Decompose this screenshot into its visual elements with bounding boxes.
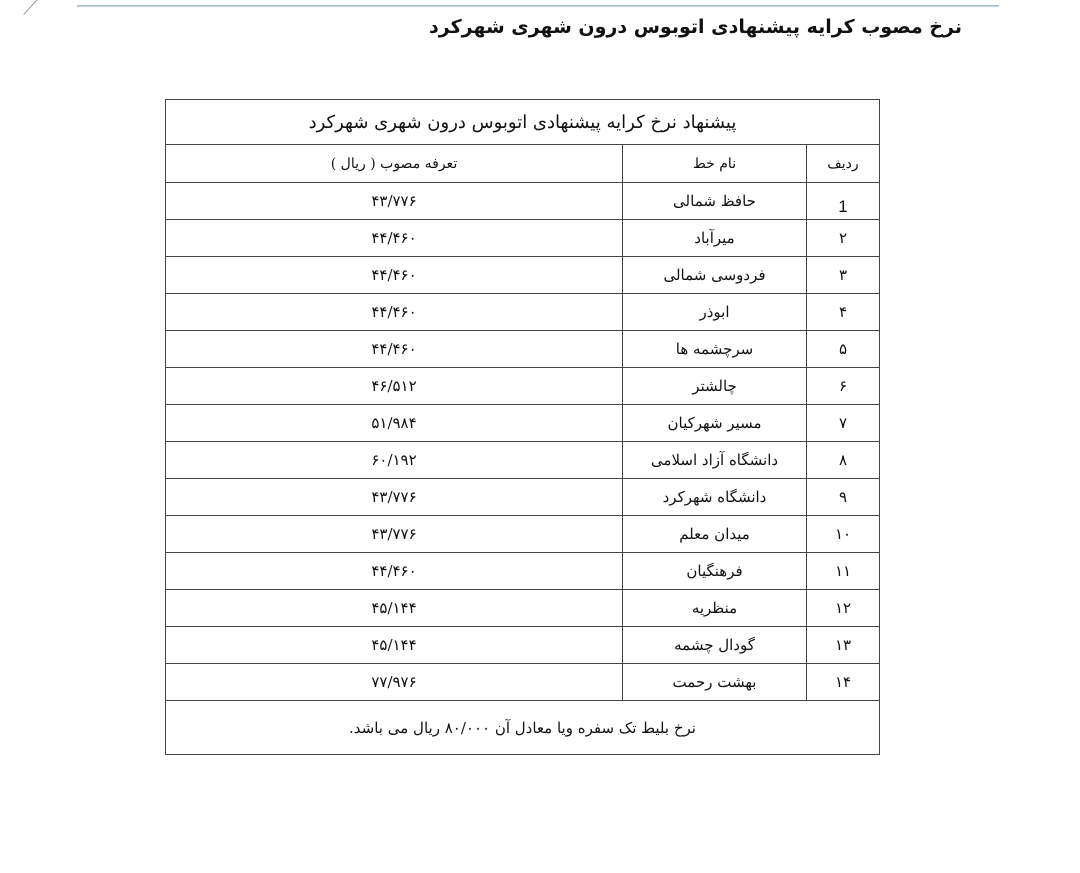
row-fare: ۴۴/۴۶۰ — [166, 553, 623, 590]
row-line-name: میدان معلم — [623, 516, 807, 553]
table-row: ۴ابوذر۴۴/۴۶۰ — [166, 294, 880, 331]
row-index: ۱۰ — [807, 516, 880, 553]
decorative-diagonal-line — [23, 0, 38, 15]
row-fare: ۴۴/۴۶۰ — [166, 257, 623, 294]
table-row: ۱۱فرهنگیان۴۴/۴۶۰ — [166, 553, 880, 590]
row-line-name: مسیر شهرکیان — [623, 405, 807, 442]
table-row: ۱۲منظریه۴۵/۱۴۴ — [166, 590, 880, 627]
table-row: ۱۳گودال چشمه۴۵/۱۴۴ — [166, 627, 880, 664]
row-fare: ۶۰/۱۹۲ — [166, 442, 623, 479]
row-fare: ۴۳/۷۷۶ — [166, 479, 623, 516]
fare-table: پیشنهاد نرخ کرایه پیشنهادی اتوبوس درون ش… — [165, 99, 880, 755]
header-index: ردیف — [807, 145, 880, 183]
header-rule — [77, 5, 999, 7]
document-title: نرخ مصوب کرایه پیشنهادی اتوبوس درون شهری… — [429, 16, 962, 38]
table-row: ۵سرچشمه ها۴۴/۴۶۰ — [166, 331, 880, 368]
row-fare: ۷۷/۹۷۶ — [166, 664, 623, 701]
row-fare: ۴۴/۴۶۰ — [166, 331, 623, 368]
table-row: ۱۴بهشت رحمت۷۷/۹۷۶ — [166, 664, 880, 701]
row-index: ۱۱ — [807, 553, 880, 590]
row-fare: ۴۳/۷۷۶ — [166, 183, 623, 220]
row-fare: ۴۴/۴۶۰ — [166, 220, 623, 257]
row-line-name: فرهنگیان — [623, 553, 807, 590]
row-line-name: حافظ شمالی — [623, 183, 807, 220]
table-caption: پیشنهاد نرخ کرایه پیشنهادی اتوبوس درون ش… — [166, 100, 880, 145]
table-footer-note: نرخ بلیط تک سفره ویا معادل آن ۸۰/۰۰۰ ریا… — [166, 701, 880, 755]
row-index: ۴ — [807, 294, 880, 331]
table-row: ۱۰میدان معلم۴۳/۷۷۶ — [166, 516, 880, 553]
table-row: ۹دانشگاه شهرکرد۴۳/۷۷۶ — [166, 479, 880, 516]
row-index: ۶ — [807, 368, 880, 405]
row-line-name: فردوسی شمالی — [623, 257, 807, 294]
row-index: ۹ — [807, 479, 880, 516]
row-line-name: سرچشمه ها — [623, 331, 807, 368]
row-line-name: میرآباد — [623, 220, 807, 257]
row-fare: ۴۴/۴۶۰ — [166, 294, 623, 331]
row-line-name: دانشگاه شهرکرد — [623, 479, 807, 516]
row-fare: ۴۶/۵۱۲ — [166, 368, 623, 405]
row-line-name: دانشگاه آزاد اسلامی — [623, 442, 807, 479]
row-line-name: ابوذر — [623, 294, 807, 331]
table-row: ۲میرآباد۴۴/۴۶۰ — [166, 220, 880, 257]
row-fare: ۵۱/۹۸۴ — [166, 405, 623, 442]
row-index: ۱۴ — [807, 664, 880, 701]
table-row: ۳فردوسی شمالی۴۴/۴۶۰ — [166, 257, 880, 294]
header-fare: تعرفه مصوب ( ریال ) — [166, 145, 623, 183]
row-line-name: منظریه — [623, 590, 807, 627]
table-row: ۸دانشگاه آزاد اسلامی۶۰/۱۹۲ — [166, 442, 880, 479]
row-index: ۱۳ — [807, 627, 880, 664]
row-index: 1 — [807, 189, 880, 226]
table-row: 1حافظ شمالی۴۳/۷۷۶ — [166, 183, 880, 220]
table-header-row: ردیف نام خط تعرفه مصوب ( ریال ) — [166, 145, 880, 183]
row-fare: ۴۵/۱۴۴ — [166, 590, 623, 627]
row-fare: ۴۵/۱۴۴ — [166, 627, 623, 664]
table-row: ۶چالشتر۴۶/۵۱۲ — [166, 368, 880, 405]
row-fare: ۴۳/۷۷۶ — [166, 516, 623, 553]
table-row: ۷مسیر شهرکیان۵۱/۹۸۴ — [166, 405, 880, 442]
row-index: ۸ — [807, 442, 880, 479]
row-index: ۷ — [807, 405, 880, 442]
table-body: 1حافظ شمالی۴۳/۷۷۶۲میرآباد۴۴/۴۶۰۳فردوسی ش… — [166, 183, 880, 701]
row-index: ۳ — [807, 257, 880, 294]
row-index: ۵ — [807, 331, 880, 368]
row-line-name: بهشت رحمت — [623, 664, 807, 701]
row-line-name: چالشتر — [623, 368, 807, 405]
header-line-name: نام خط — [623, 145, 807, 183]
row-index: ۱۲ — [807, 590, 880, 627]
row-line-name: گودال چشمه — [623, 627, 807, 664]
